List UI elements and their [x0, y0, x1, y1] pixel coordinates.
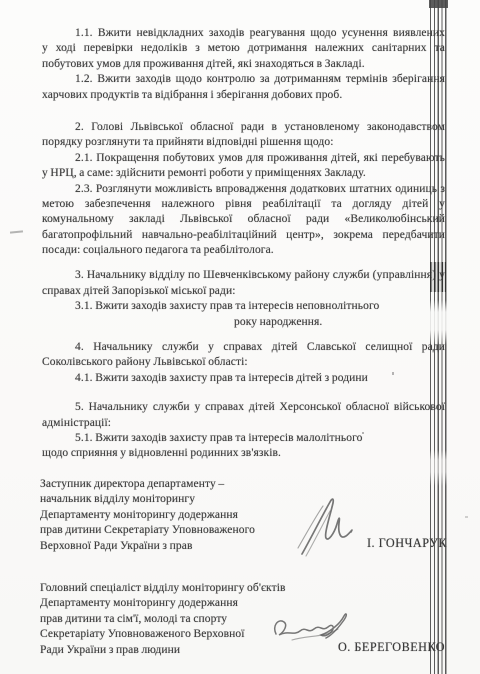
doc-line: справах дітей Запорізької міської ради: [42, 284, 445, 299]
doc-line: адміністрації: [42, 416, 445, 431]
doc-line: щодо сприяння у відновленні родинних зв'… [42, 446, 445, 461]
doc-line: 5.1. Вжити заходів захисту прав та інтер… [42, 431, 445, 446]
paragraph-5-1: 5.1. Вжити заходів захисту прав та інтер… [42, 431, 445, 462]
signatory-title-line: Департаменту моніторингу додержання [40, 508, 340, 523]
paragraph-4: 4. Начальнику служби у справах дітей Сла… [42, 340, 445, 371]
doc-line: 2.3. Розглянути можливість впровадження … [42, 182, 445, 197]
signatory-title-line: начальник відділу моніторингу [40, 492, 340, 507]
signature-icon [296, 496, 360, 558]
paragraph-2-3: 2.3. Розглянути можливість впровадження … [42, 182, 445, 259]
paragraph-3: 3. Начальнику відділу по Шевченківському… [42, 268, 445, 299]
doc-line: 2.1. Покращення побутових умов для прожи… [42, 151, 445, 166]
doc-line: 4. Начальнику служби у справах дітей Сла… [42, 340, 445, 355]
scan-binding-lines-artifact [430, 0, 448, 674]
doc-line: посади: соціального педагога та реабіліт… [42, 243, 445, 258]
doc-line: 5. Начальнику служби у справах дітей Хер… [42, 400, 445, 415]
signatory-title-line: Заступник директора департаменту – [40, 477, 340, 492]
paragraph-2-1: 2.1. Покращення побутових умов для прожи… [42, 151, 445, 182]
paragraph-4-1: 4.1. Вжити заходів захисту прав та інтер… [42, 371, 445, 386]
paragraph-2: 2. Голові Львівської обласної ради в уст… [42, 120, 445, 151]
scan-speck [392, 372, 394, 375]
paragraph-1-1: 1.1. Вжити невідкладних заходів реагуван… [42, 26, 445, 72]
paragraph-1-2: 1.2. Вжити заходів щодо контролю за дотр… [42, 72, 445, 103]
scan-speck [362, 432, 364, 434]
signatory-block-1: Заступник директора департаменту – начал… [40, 477, 340, 554]
doc-line: багатопрофільний навчально-реабілітаційн… [42, 228, 445, 243]
doc-line: комунальному закладі Львівської обласної… [42, 212, 445, 227]
scanned-document-page: 1.1. Вжити невідкладних заходів реагуван… [0, 0, 480, 674]
doc-line: 3. Начальнику відділу по Шевченківському… [42, 268, 445, 283]
signatory-title-line: Верховної Ради України з прав [40, 539, 340, 554]
document-body: 1.1. Вжити невідкладних заходів реагуван… [42, 26, 445, 462]
doc-line-redacted-continuation: року народження. [234, 315, 445, 330]
signatory-title-line: Головний спеціаліст відділу моніторингу … [40, 581, 340, 596]
doc-line: метою забезпечення належного рівня реабі… [42, 197, 445, 212]
doc-line: 2. Голові Львівської обласної ради в уст… [42, 120, 445, 135]
doc-line: побутових умов для проживання дітей, які… [42, 57, 445, 72]
paragraph-5: 5. Начальнику служби у справах дітей Хер… [42, 400, 445, 431]
scan-speck [465, 516, 468, 518]
signatory-title-line: прав дитини Секретаріату Уповноваженого [40, 523, 340, 538]
scan-binding-dark-segment [430, 262, 446, 292]
doc-line: 1.2. Вжити заходів щодо контролю за дотр… [42, 72, 445, 87]
doc-line: 3.1. Вжити заходів захисту прав та інтер… [42, 299, 445, 314]
doc-line: порядку розглянути та прийняти відповідн… [42, 135, 445, 150]
doc-line: харчових продуктів та відібрання і збері… [42, 88, 445, 103]
doc-line: Соколівського району Львівської області: [42, 355, 445, 370]
scan-speck [10, 230, 23, 233]
doc-line: 4.1. Вжити заходів захисту прав та інтер… [42, 371, 445, 386]
doc-line: у ході перевірки недоліків з метою дотри… [42, 41, 445, 56]
doc-line: 1.1. Вжити невідкладних заходів реагуван… [42, 26, 445, 41]
doc-line: у НРЦ, а саме: здійснити ремонті роботи … [42, 166, 445, 181]
scan-binding-cap-artifact [429, 0, 448, 8]
paragraph-3-1: 3.1. Вжити заходів захисту прав та інтер… [42, 299, 445, 330]
